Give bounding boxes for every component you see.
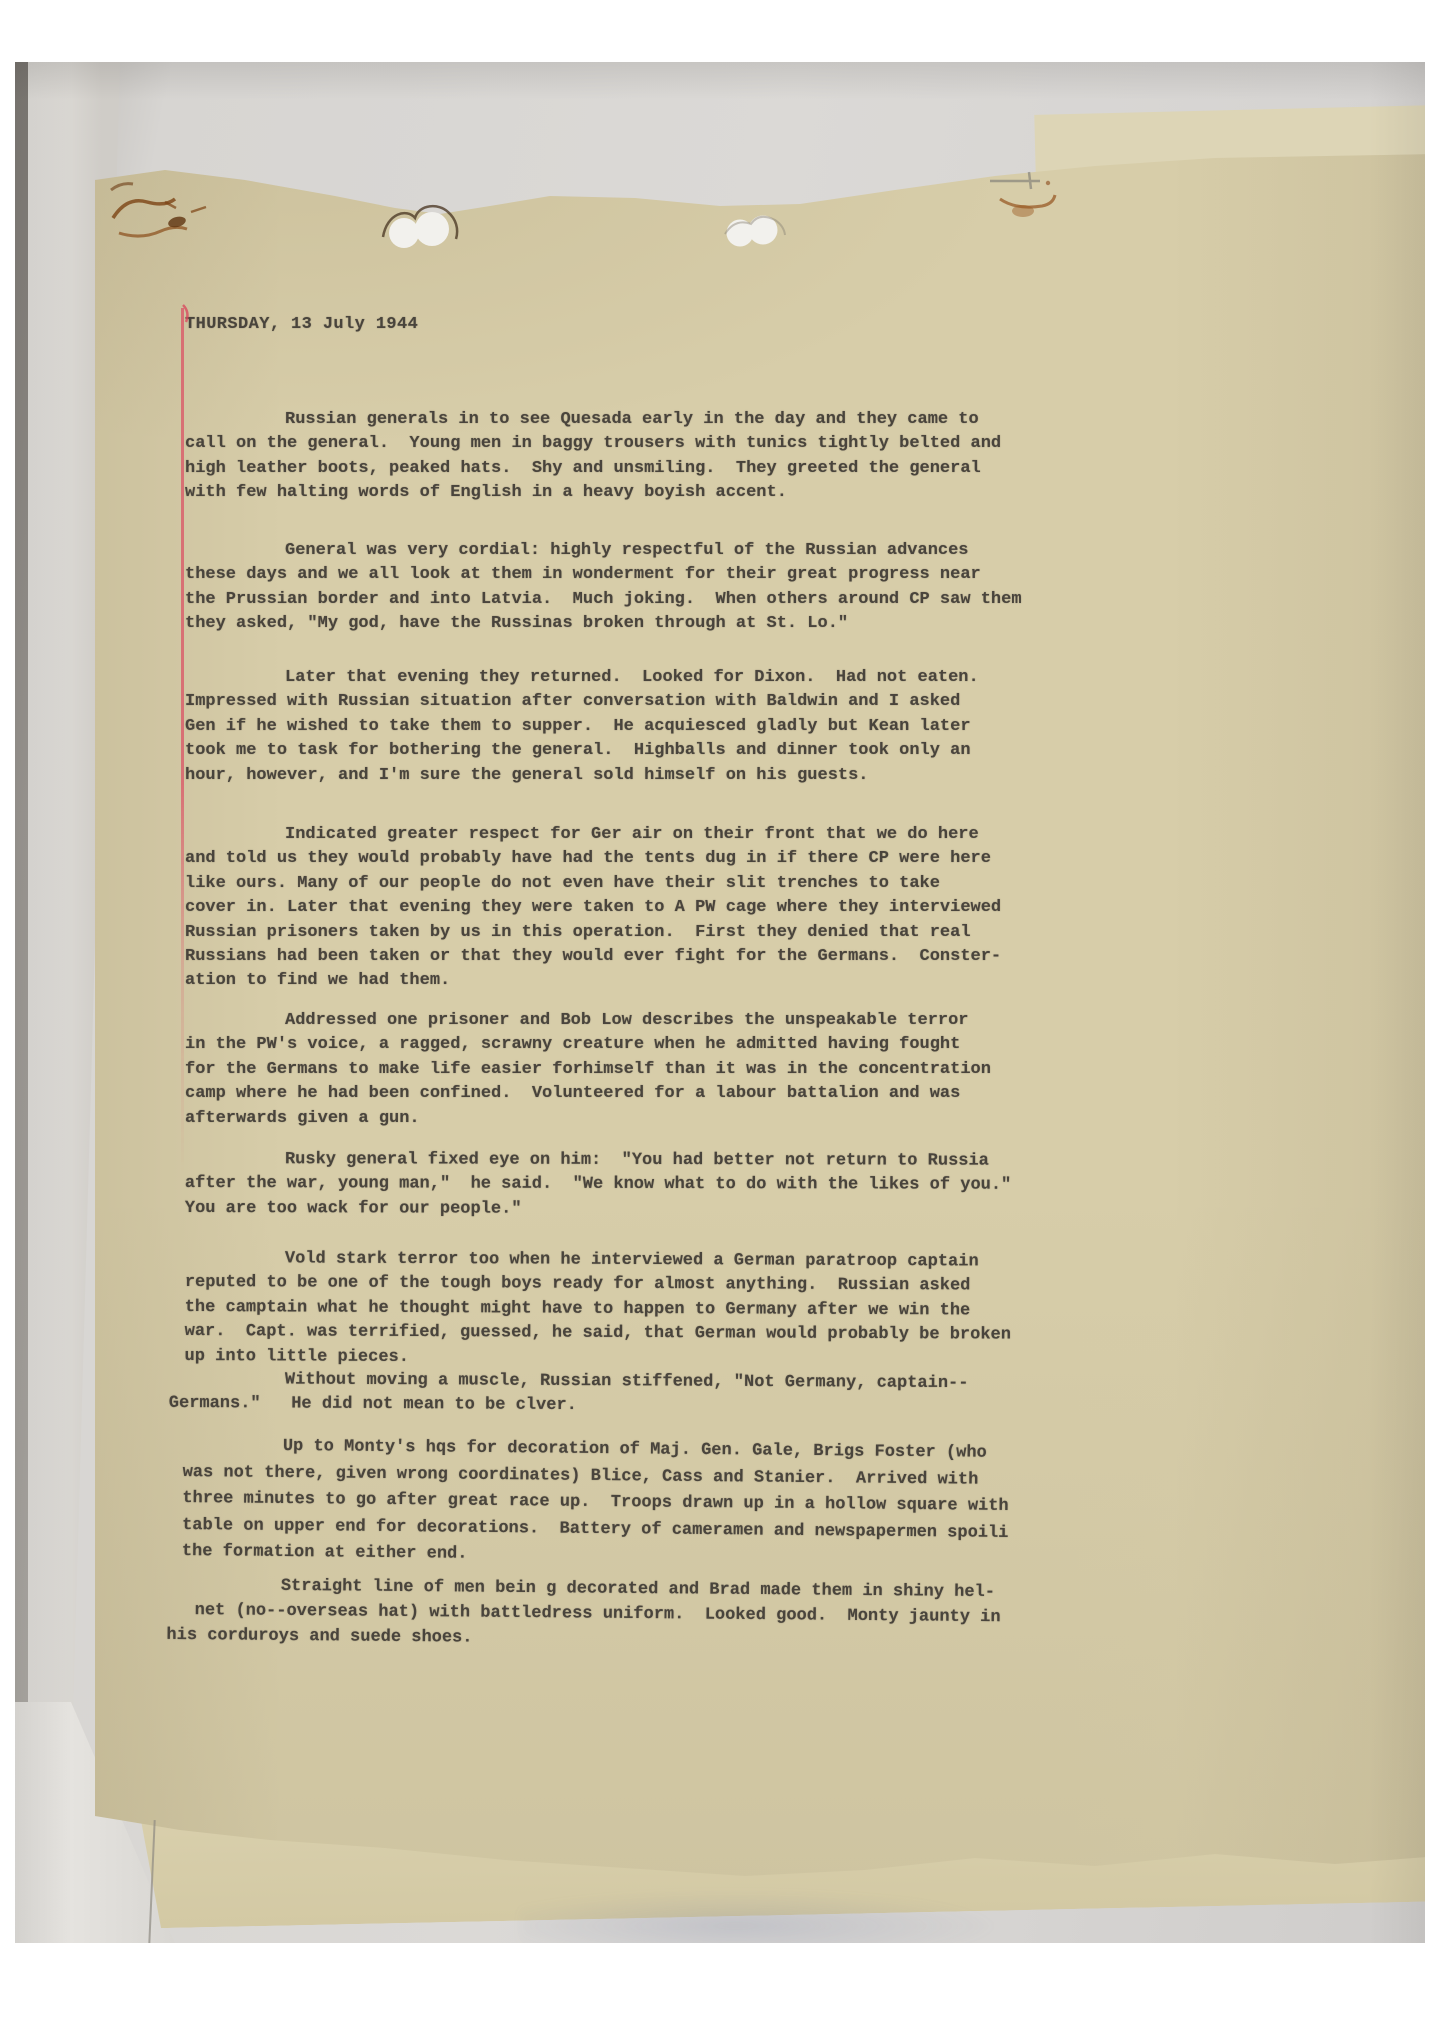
typed-line: with few halting words of English in a h…	[185, 481, 1001, 505]
paragraph: General was very cordial: highly respect…	[185, 539, 1022, 637]
typed-line: Russian prisoners taken by us in this op…	[185, 921, 1001, 945]
paragraph: Addressed one prisoner and Bob Low descr…	[185, 1009, 991, 1131]
typed-line: Impressed with Russian situation after c…	[185, 690, 979, 714]
paragraph: Russian generals in to see Quesada early…	[185, 408, 1001, 506]
typed-line: Addressed one prisoner and Bob Low descr…	[185, 1009, 991, 1033]
typed-line: General was very cordial: highly respect…	[185, 539, 1022, 563]
typed-line: call on the general. Young men in baggy …	[185, 432, 1001, 456]
typed-line: after the war, young man," he said. "We …	[185, 1172, 1011, 1198]
typed-line: the camptain what he thought might have …	[185, 1296, 1011, 1324]
typed-line: for the Germans to make life easier forh…	[185, 1058, 991, 1082]
typed-line: Vold stark terror too when he interviewe…	[185, 1247, 1011, 1275]
typed-line: the Prussian border and into Latvia. Muc…	[185, 588, 1022, 612]
typed-line: You are too wack for our people."	[185, 1197, 1011, 1223]
red-margin-line	[181, 308, 184, 1223]
screenshot: THURSDAY, 13 July 1944 Russian generals …	[0, 0, 1440, 2038]
typed-page: THURSDAY, 13 July 1944 Russian generals …	[95, 150, 1425, 1882]
typed-line: afterwards given a gun.	[185, 1107, 991, 1131]
typed-line: high leather boots, peaked hats. Shy and…	[185, 457, 1001, 481]
paragraph: Up to Monty's hqs for decoration of Maj.…	[182, 1433, 1010, 1573]
date-heading: THURSDAY, 13 July 1944	[185, 313, 418, 337]
typed-line: Russian generals in to see Quesada early…	[185, 408, 1001, 432]
typed-line: ation to find we had them.	[185, 969, 1001, 993]
typed-line: Gen if he wished to take them to supper.…	[185, 715, 979, 739]
typed-line: like ours. Many of our people do not eve…	[185, 872, 1001, 896]
paragraph: Without moving a muscle, Russian stiffen…	[185, 1368, 969, 1421]
typed-line: Rusky general fixed eye on him: "You had…	[185, 1148, 1011, 1174]
typed-line: cover in. Later that evening they were t…	[185, 896, 1001, 920]
typed-line: and told us they would probably have had…	[185, 847, 1001, 871]
typed-line: Russians had been taken or that they wou…	[185, 945, 1001, 969]
typed-line: these days and we all look at them in wo…	[185, 563, 1022, 587]
paragraph: Indicated greater respect for Ger air on…	[185, 823, 1001, 994]
typed-line: camp where he had been confined. Volunte…	[185, 1082, 991, 1106]
paragraph: Later that evening they returned. Looked…	[185, 666, 979, 788]
ghost-text-smudge	[520, 1890, 1000, 1943]
paragraph: Straight line of men bein g decorated an…	[180, 1573, 1001, 1655]
typed-line: in the PW's voice, a ragged, scrawny cre…	[185, 1033, 991, 1057]
document-photo: THURSDAY, 13 July 1944 Russian generals …	[15, 62, 1425, 1943]
typed-line: they asked, "My god, have the Russinas b…	[185, 612, 1022, 636]
typed-line: hour, however, and I'm sure the general …	[185, 764, 979, 788]
book-spine-edge	[15, 62, 30, 1943]
typed-line: reputed to be one of the tough boys read…	[185, 1271, 1011, 1299]
typed-line: war. Capt. was terrified, guessed, he sa…	[185, 1320, 1011, 1348]
typed-line: Indicated greater respect for Ger air on…	[185, 823, 1001, 847]
paragraph: Rusky general fixed eye on him: "You had…	[185, 1148, 1011, 1223]
typed-line: took me to task for bothering the genera…	[185, 739, 979, 763]
paragraph: Vold stark terror too when he interviewe…	[184, 1247, 1011, 1373]
typed-line: Germans." He did not mean to be clver.	[169, 1392, 969, 1421]
typed-line: Later that evening they returned. Looked…	[185, 666, 979, 690]
